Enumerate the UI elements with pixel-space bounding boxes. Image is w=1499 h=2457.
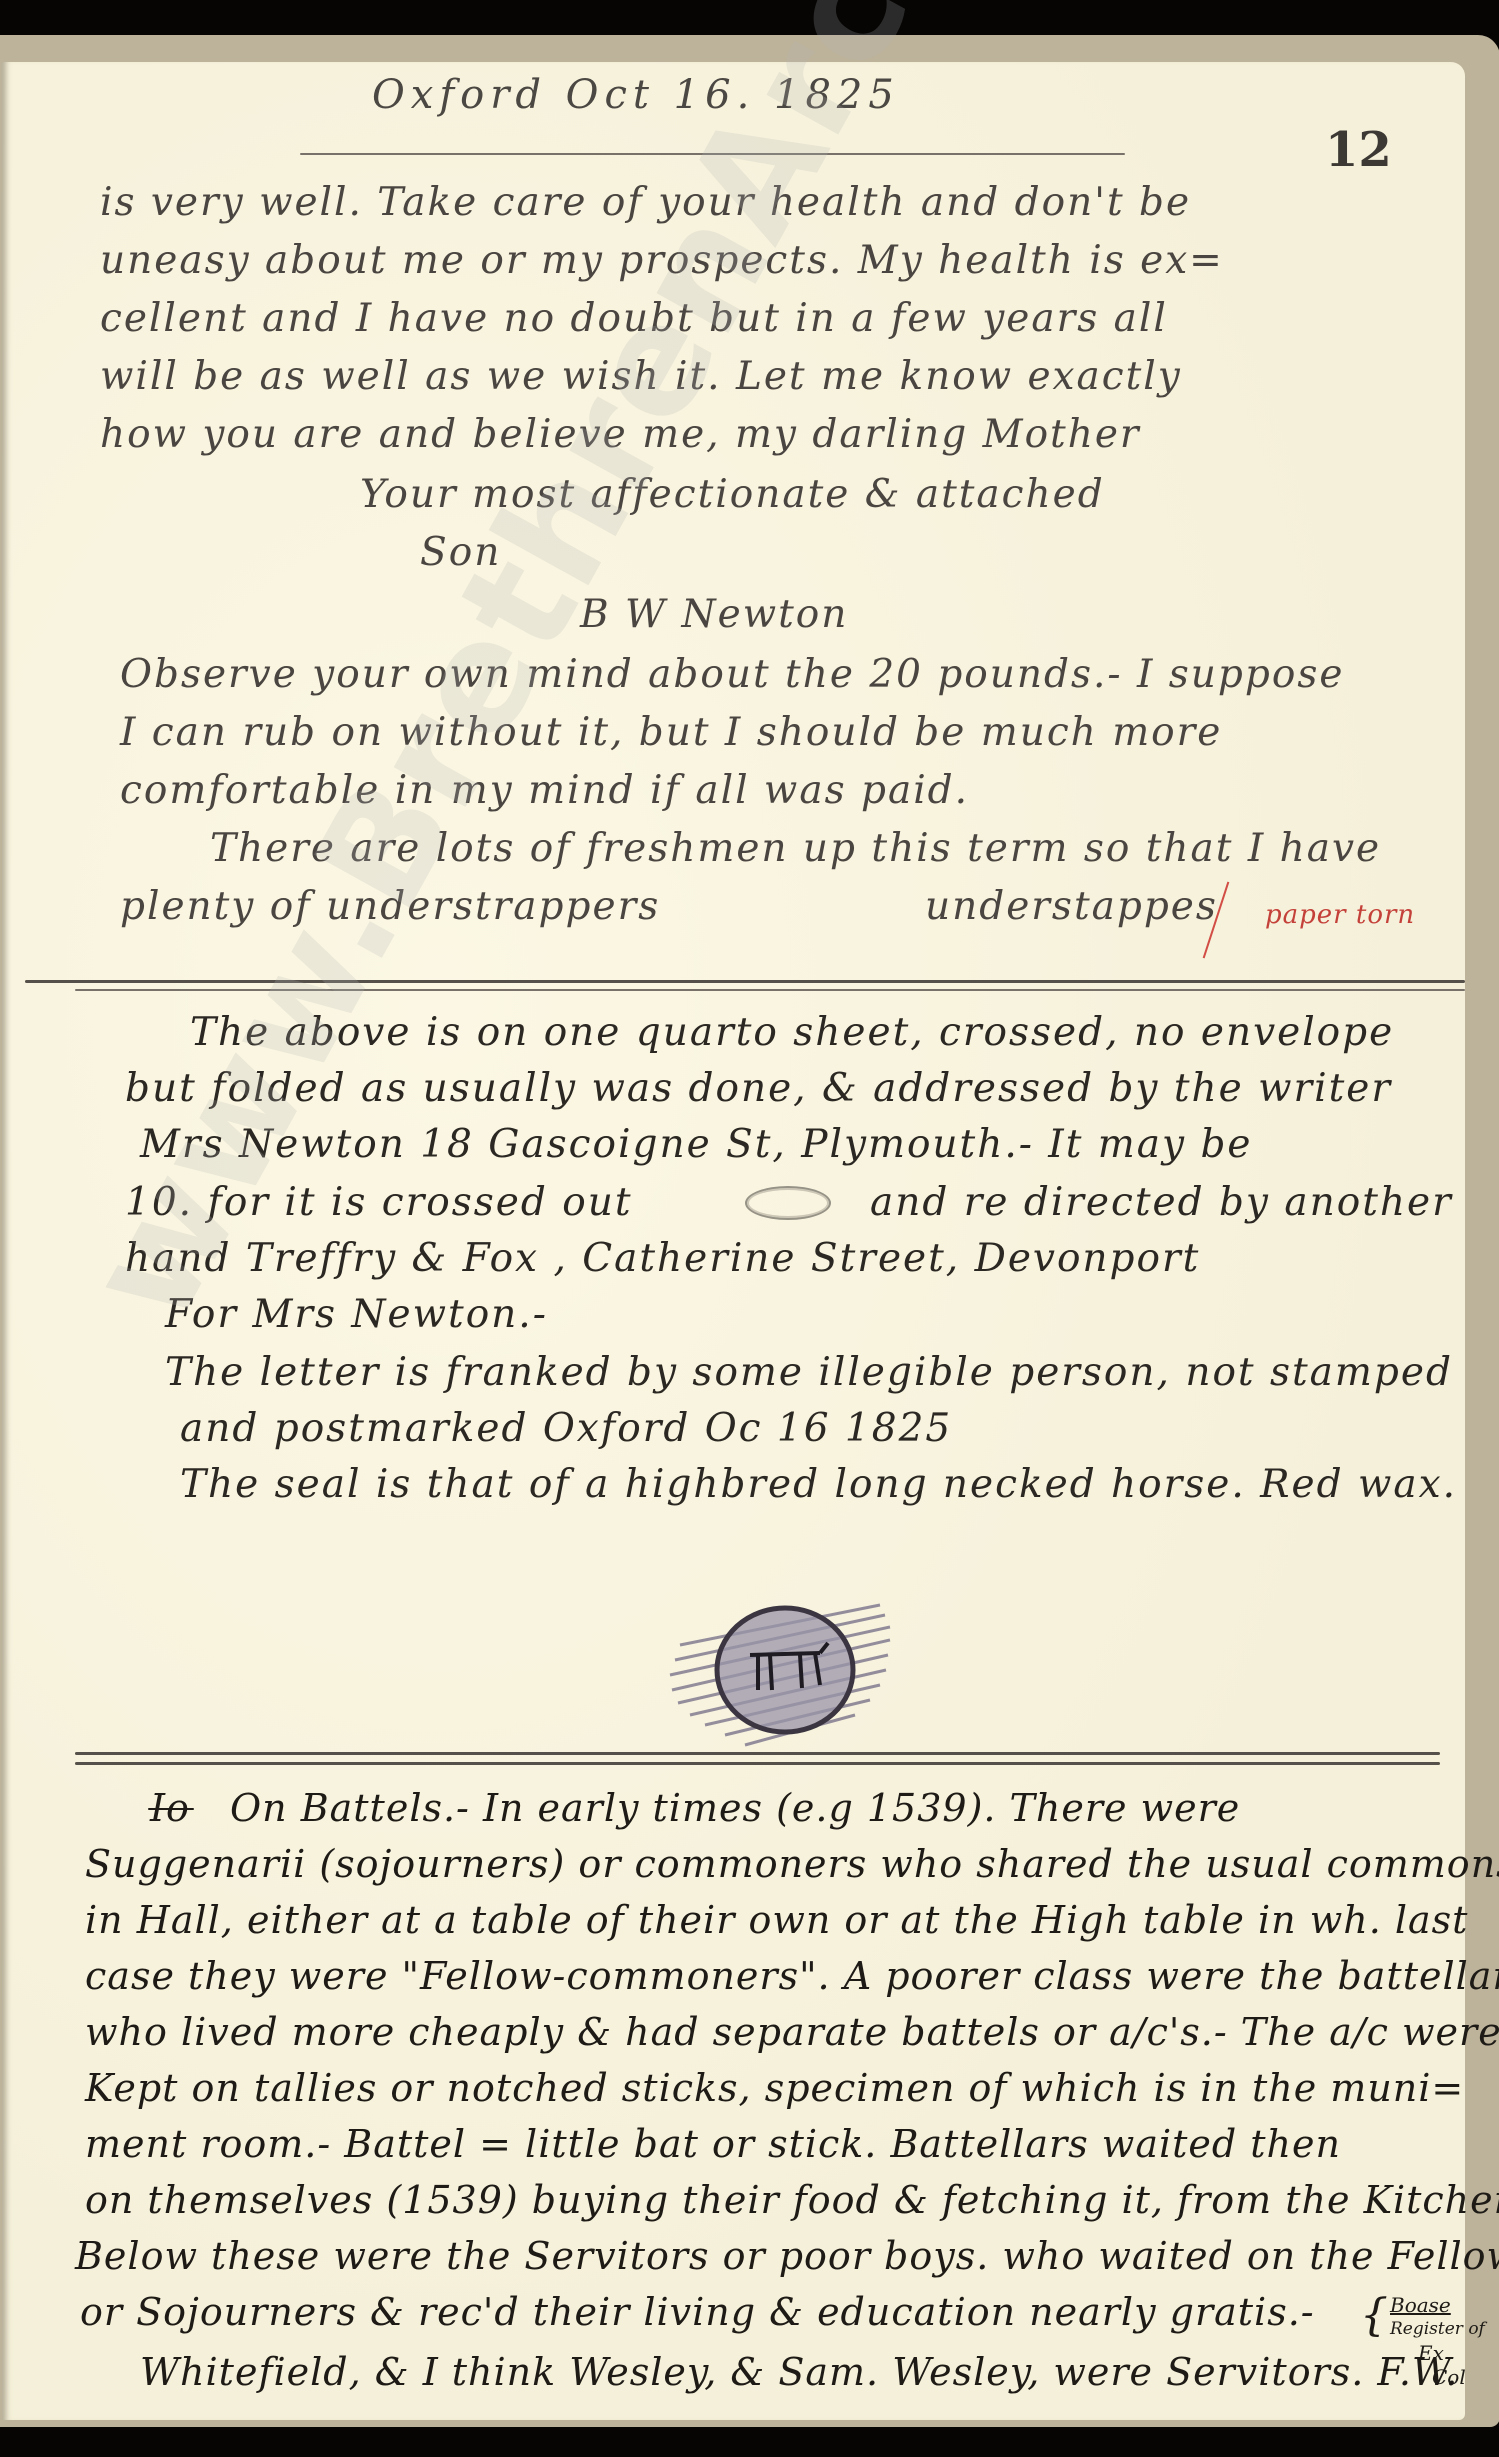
battels-line-5: who lived more cheaply & had separate ba… xyxy=(85,2010,1499,2054)
paper-torn-note: paper torn xyxy=(1265,900,1415,930)
margin-note-line-1: Boase xyxy=(1390,2293,1485,2317)
annotation-line-4b: and re directed by another xyxy=(870,1180,1453,1225)
page-number: 12 xyxy=(1325,122,1392,178)
annotation-line-7: The letter is franked by some illegible … xyxy=(165,1350,1453,1395)
margin-note-line-4: Col xyxy=(1390,2365,1485,2389)
battels-line-4: case they were "Fellow-commoners". A poo… xyxy=(85,1954,1499,1998)
battels-line-1: On Battels.- In early times (e.g 1539). … xyxy=(230,1786,1240,1830)
battels-line-11: Whitefield, & I think Wesley, & Sam. Wes… xyxy=(140,2350,1458,2394)
battels-line-2: Suggenarii (sojourners) or commoners who… xyxy=(85,1842,1499,1886)
postscript-line-1: Observe your own mind about the 20 pound… xyxy=(120,652,1344,697)
strikethrough-mark xyxy=(148,1808,194,1810)
margin-note-boase: Boase Register of Ex Col xyxy=(1390,2293,1485,2389)
section-divider-lower xyxy=(75,1752,1440,1755)
torn-word: understappes xyxy=(925,884,1218,929)
wax-seal-horse-sketch xyxy=(650,1585,910,1755)
battels-line-7: ment room.- Battel = little bat or stick… xyxy=(85,2122,1341,2166)
postscript-line-3: comfortable in my mind if all was paid. xyxy=(120,768,969,813)
battels-line-10: or Sojourners & rec'd their living & edu… xyxy=(80,2290,1315,2334)
battels-line-3: in Hall, either at a table of their own … xyxy=(85,1898,1468,1942)
battels-line-8: on themselves (1539) buying their food &… xyxy=(85,2178,1499,2222)
battels-line-6: Kept on tallies or notched sticks, speci… xyxy=(85,2066,1464,2110)
margin-note-line-2: Register of xyxy=(1390,2317,1485,2341)
crossed-out-scribble xyxy=(745,1186,831,1220)
margin-brace: { xyxy=(1360,2290,1389,2341)
annotation-line-8: and postmarked Oxford Oc 16 1825 xyxy=(180,1406,952,1451)
margin-note-line-3: Ex xyxy=(1390,2341,1485,2365)
battels-line-9: Below these were the Servitors or poor b… xyxy=(75,2234,1499,2278)
section-divider-lower-inner xyxy=(75,1762,1440,1765)
postscript-line-2: I can rub on without it, but I should be… xyxy=(120,710,1222,755)
annotation-line-9: The seal is that of a highbred long neck… xyxy=(180,1462,1457,1507)
annotation-line-5: hand Treffry & Fox , Catherine Street, D… xyxy=(125,1236,1200,1281)
